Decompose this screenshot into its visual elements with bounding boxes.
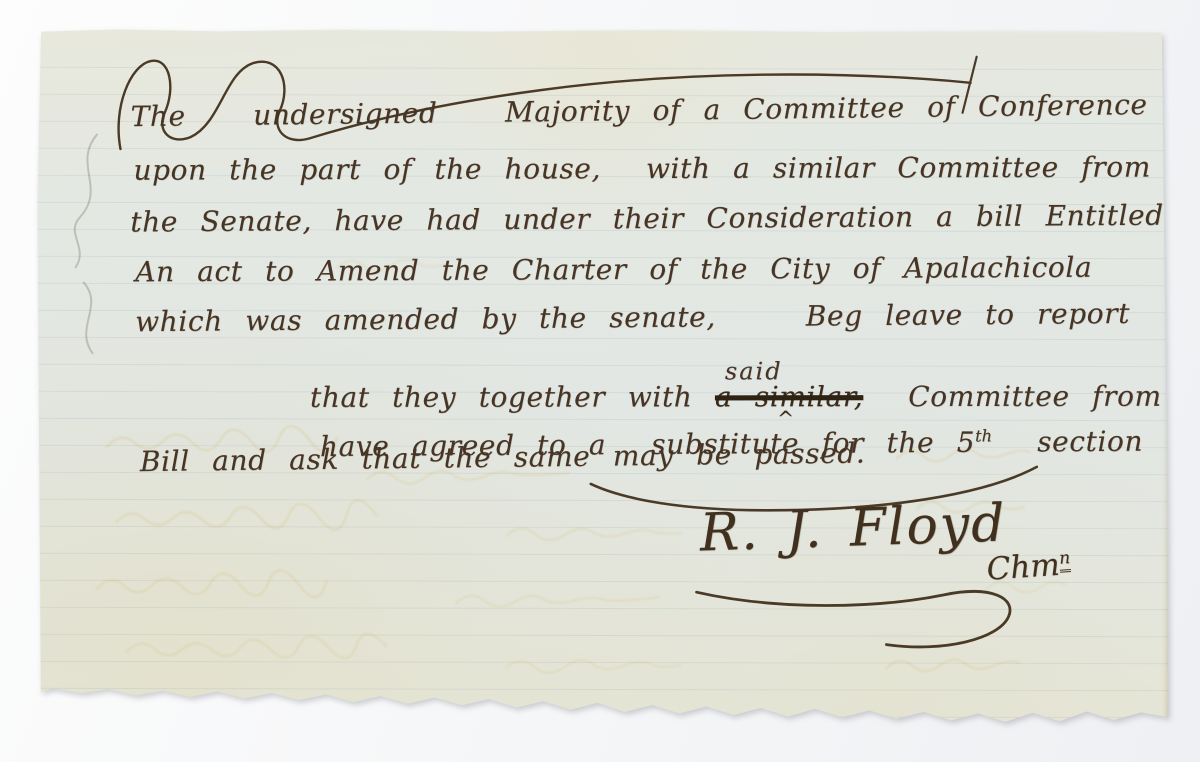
manuscript-line-4: An act to Amend the Charter of the City …: [135, 253, 1092, 288]
scanned-document: The undersigned Majority of a Committee …: [0, 0, 1200, 762]
inserted-word-said: said: [725, 358, 783, 384]
chairman-abbreviation: Chmn: [985, 546, 1071, 588]
signature: R. J. Floyd: [699, 494, 1008, 564]
paper-shadow-wrap: The undersigned Majority of a Committee …: [0, 0, 1200, 762]
signature-flourish: [686, 576, 1036, 667]
chairman-superscript: n: [1059, 548, 1072, 573]
chairman-text: Chm: [985, 547, 1060, 588]
line7-text-post: section to said: [992, 424, 1200, 459]
manuscript-line-3: the Senate, have had under their Conside…: [130, 201, 1164, 239]
manuscript-paper: The undersigned Majority of a Committee …: [36, 27, 1169, 729]
manuscript-line-2: upon the part of the house, with a simil…: [133, 152, 1150, 186]
pencil-margin-marks: [49, 122, 140, 382]
ordinal-superscript: th: [975, 426, 992, 445]
